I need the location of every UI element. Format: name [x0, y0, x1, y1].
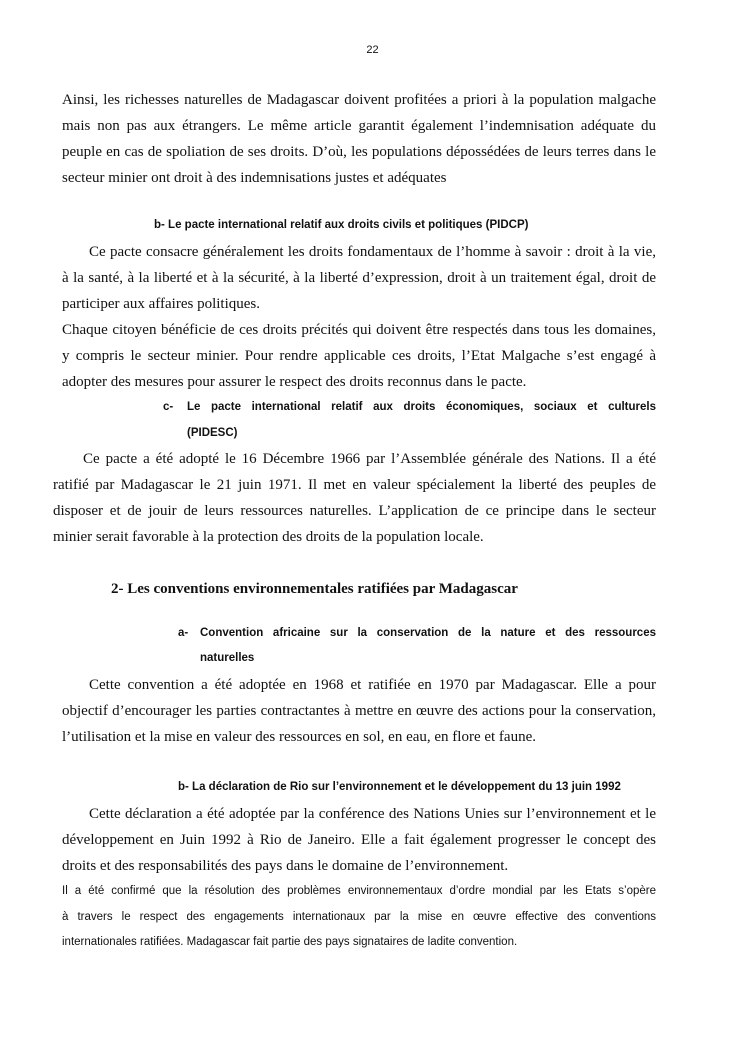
paragraph-line: y compris le secteur minier. Pour rendre…: [62, 347, 656, 365]
section-heading-pidcp: b- Le pacte international relatif aux dr…: [154, 217, 528, 233]
paragraph-line: Cette déclaration a été adoptée par la c…: [89, 805, 656, 823]
paragraph-line: minier serait favorable à la protection …: [53, 528, 484, 546]
paragraph-line: disposer et de jouir de leurs ressources…: [53, 502, 656, 520]
paragraph-line: Ce pacte a été adopté le 16 Décembre 196…: [83, 450, 656, 468]
paragraph-line: Chaque citoyen bénéficie de ces droits p…: [62, 321, 656, 339]
section-heading-marker: a-: [178, 625, 188, 641]
section-heading-african-convention-cont: naturelles: [200, 650, 254, 666]
section-heading-rio-declaration: b- La déclaration de Rio sur l’environne…: [178, 779, 621, 795]
paragraph-line: ratifié par Madagascar le 21 juin 1971. …: [53, 476, 656, 494]
paragraph-line: Ce pacte consacre généralement les droit…: [89, 243, 656, 261]
section-heading-environmental-conventions: 2- Les conventions environnementales rat…: [111, 580, 518, 598]
paragraph-line: à la santé, à la liberté et à la sécurit…: [62, 269, 656, 287]
paragraph-line: développement en Juin 1992 à Rio de Jane…: [62, 831, 656, 849]
page-number: 22: [0, 44, 745, 56]
document-page: 22 Ainsi, les richesses naturelles de Ma…: [0, 0, 745, 1053]
paragraph-line: Il a été confirmé que la résolution des …: [62, 882, 656, 900]
section-heading-pidesc: Le pacte international relatif aux droit…: [187, 399, 656, 415]
paragraph-line: objectif d’encourager les parties contra…: [62, 702, 656, 720]
paragraph-line: droits et des responsabilités des pays d…: [62, 857, 508, 875]
paragraph-line: l’utilisation et la mise en valeur des r…: [62, 728, 536, 746]
paragraph-line: secteur minier ont droit à des indemnisa…: [62, 169, 447, 187]
paragraph-line: à travers le respect des engagements int…: [62, 908, 656, 926]
section-heading-african-convention: Convention africaine sur la conservation…: [200, 625, 656, 641]
paragraph-line: participer aux affaires politiques.: [62, 295, 260, 313]
section-heading-pidesc-cont: (PIDESC): [187, 425, 237, 441]
paragraph-line: Ainsi, les richesses naturelles de Madag…: [62, 91, 656, 109]
paragraph-line: mais non pas aux étrangers. Le même arti…: [62, 117, 656, 135]
paragraph-line: adopter des mesures pour assurer le resp…: [62, 373, 526, 391]
paragraph-line: internationales ratifiées. Madagascar fa…: [62, 933, 517, 951]
section-heading-marker: c-: [163, 399, 173, 415]
paragraph-line: peuple en cas de spoliation de ses droit…: [62, 143, 656, 161]
paragraph-line: Cette convention a été adoptée en 1968 e…: [89, 676, 656, 694]
